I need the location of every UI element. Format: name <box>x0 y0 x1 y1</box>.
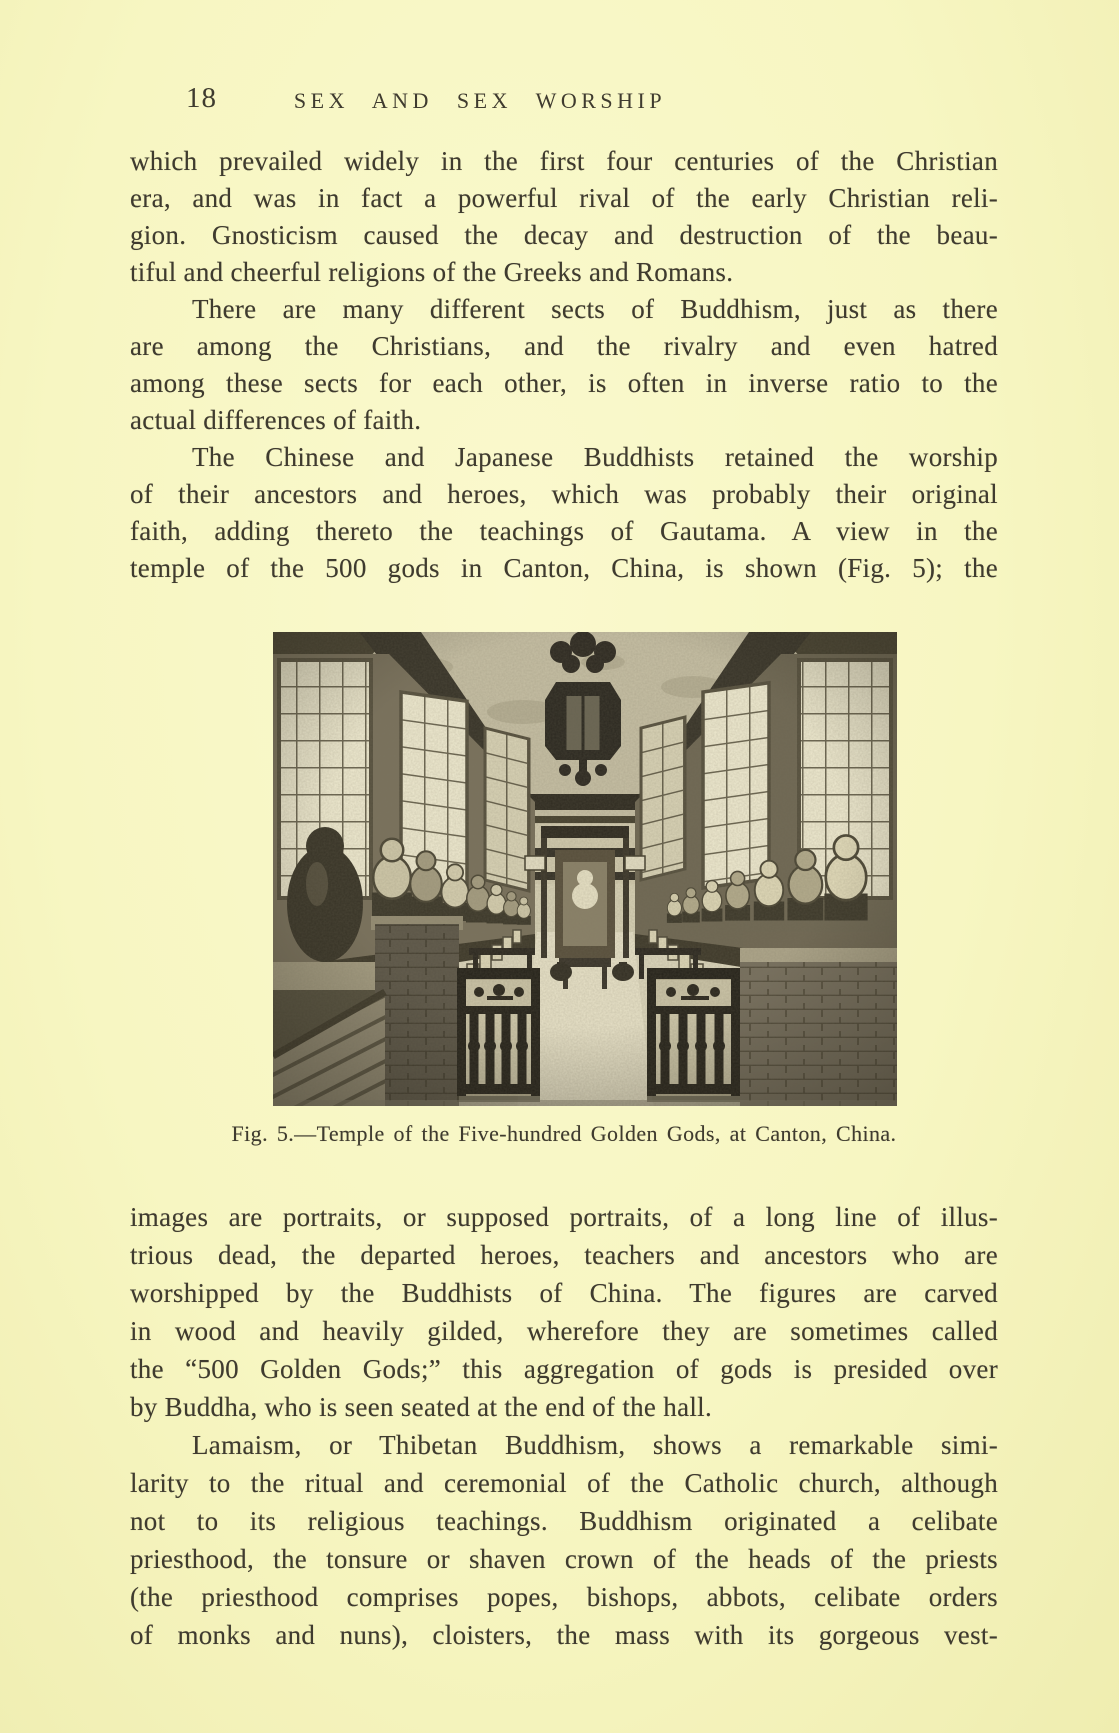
running-header: SEX AND SEX WORSHIP <box>130 88 830 114</box>
text-line: trious dead, the departed heroes, teache… <box>130 1236 998 1274</box>
text-line: era, and was in fact a powerful rival of… <box>130 180 998 217</box>
text-line: larity to the ritual and ceremonial of t… <box>130 1464 998 1502</box>
text-line: gion. Gnosticism caused the decay and de… <box>130 217 998 254</box>
text-line: of monks and nuns), cloisters, the mass … <box>130 1616 998 1654</box>
body-text-lower: images are portraits, or supposed portra… <box>130 1198 998 1654</box>
text-line: by Buddha, who is seen seated at the end… <box>130 1388 998 1426</box>
text-line: The Chinese and Japanese Buddhists retai… <box>130 439 998 476</box>
text-line: (the priesthood comprises popes, bishops… <box>130 1578 998 1616</box>
text-line: actual differences of faith. <box>130 402 998 439</box>
text-line: images are portraits, or supposed portra… <box>130 1198 998 1236</box>
text-line: are among the Christians, and the rivalr… <box>130 328 998 365</box>
text-line: priesthood, the tonsure or shaven crown … <box>130 1540 998 1578</box>
figure-photo <box>273 632 897 1106</box>
figure-5 <box>273 632 897 1106</box>
text-line: not to its religious teachings. Buddhism… <box>130 1502 998 1540</box>
text-line: in wood and heavily gilded, wherefore th… <box>130 1312 998 1350</box>
text-line: of their ancestors and heroes, which was… <box>130 476 998 513</box>
text-line: Lamaism, or Thibetan Buddhism, shows a r… <box>130 1426 998 1464</box>
book-page: 18 SEX AND SEX WORSHIP which prevailed w… <box>0 0 1119 1733</box>
text-line: temple of the 500 gods in Canton, China,… <box>130 550 998 587</box>
text-line: among these sects for each other, is oft… <box>130 365 998 402</box>
text-line: worshipped by the Buddhists of China. Th… <box>130 1274 998 1312</box>
figure-caption: Fig. 5.—Temple of the Five-hundred Golde… <box>130 1121 998 1147</box>
text-line: There are many different sects of Buddhi… <box>130 291 998 328</box>
text-line: the “500 Golden Gods;” this aggregation … <box>130 1350 998 1388</box>
text-line: tiful and cheerful religions of the Gree… <box>130 254 998 291</box>
body-text-upper: which prevailed widely in the first four… <box>130 143 998 587</box>
text-line: which prevailed widely in the first four… <box>130 143 998 180</box>
text-line: faith, adding thereto the teachings of G… <box>130 513 998 550</box>
